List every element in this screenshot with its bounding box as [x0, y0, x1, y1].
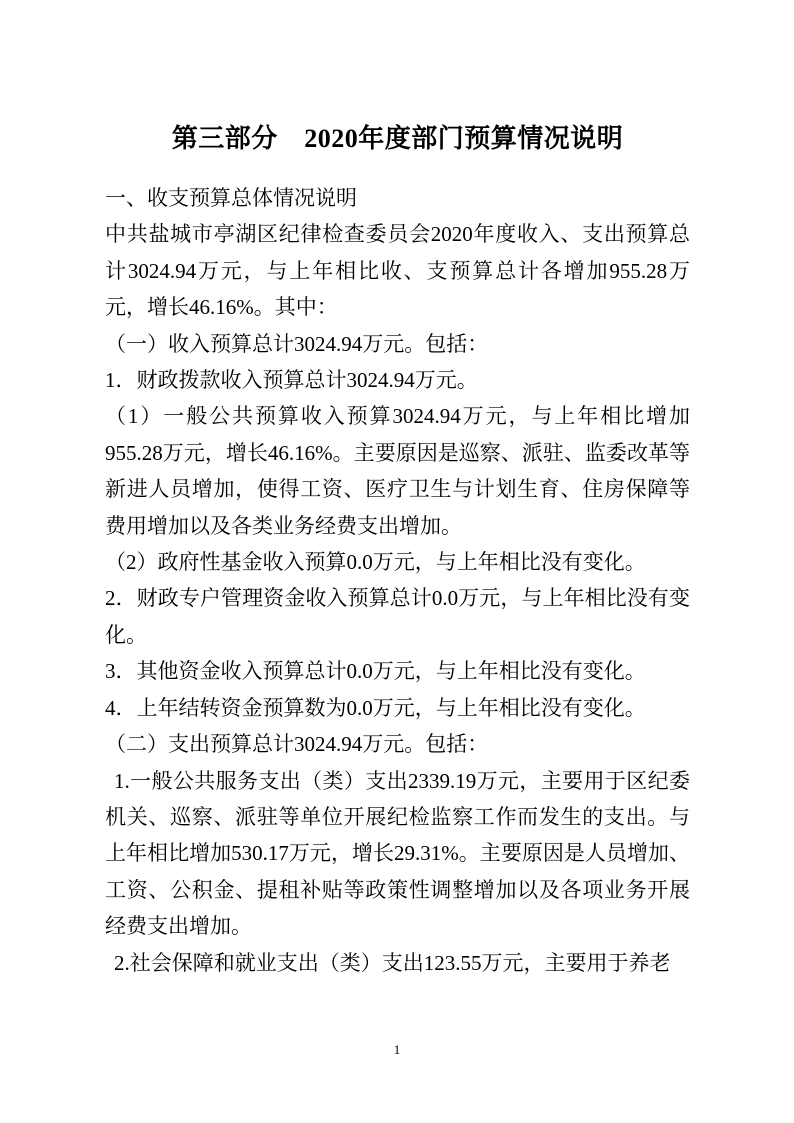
paragraph: 3．其他资金收入预算总计0.0万元，与上年相比没有变化。 — [105, 653, 690, 689]
paragraph: 2．财政专户管理资金收入预算总计0.0万元，与上年相比没有变化。 — [105, 580, 690, 653]
paragraph: 2.社会保障和就业支出（类）支出123.55万元，主要用于养老 — [105, 945, 690, 981]
paragraph: （1）一般公共预算收入预算3024.94万元，与上年相比增加955.28万元，增… — [105, 398, 690, 544]
paragraph: （2）政府性基金收入预算0.0万元，与上年相比没有变化。 — [105, 544, 690, 580]
page-title: 第三部分 2020年度部门预算情况说明 — [105, 118, 690, 160]
paragraph: 中共盐城市亭湖区纪律检查委员会2020年度收入、支出预算总计3024.94万元，… — [105, 216, 690, 325]
document-page: 第三部分 2020年度部门预算情况说明 一、收支预算总体情况说明 中共盐城市亭湖… — [0, 0, 794, 1123]
paragraph: （一）收入预算总计3024.94万元。包括： — [105, 326, 690, 362]
page-number: 1 — [0, 1043, 794, 1057]
document-body: 一、收支预算总体情况说明 中共盐城市亭湖区纪律检查委员会2020年度收入、支出预… — [105, 180, 690, 981]
paragraph: （二）支出预算总计3024.94万元。包括： — [105, 726, 690, 762]
paragraphs: 中共盐城市亭湖区纪律检查委员会2020年度收入、支出预算总计3024.94万元，… — [105, 216, 690, 981]
paragraph: 1.一般公共服务支出（类）支出2339.19万元，主要用于区纪委机关、巡察、派驻… — [105, 763, 690, 945]
section-heading: 一、收支预算总体情况说明 — [105, 180, 690, 216]
paragraph: 1．财政拨款收入预算总计3024.94万元。 — [105, 362, 690, 398]
paragraph: 4．上年结转资金预算数为0.0万元，与上年相比没有变化。 — [105, 690, 690, 726]
